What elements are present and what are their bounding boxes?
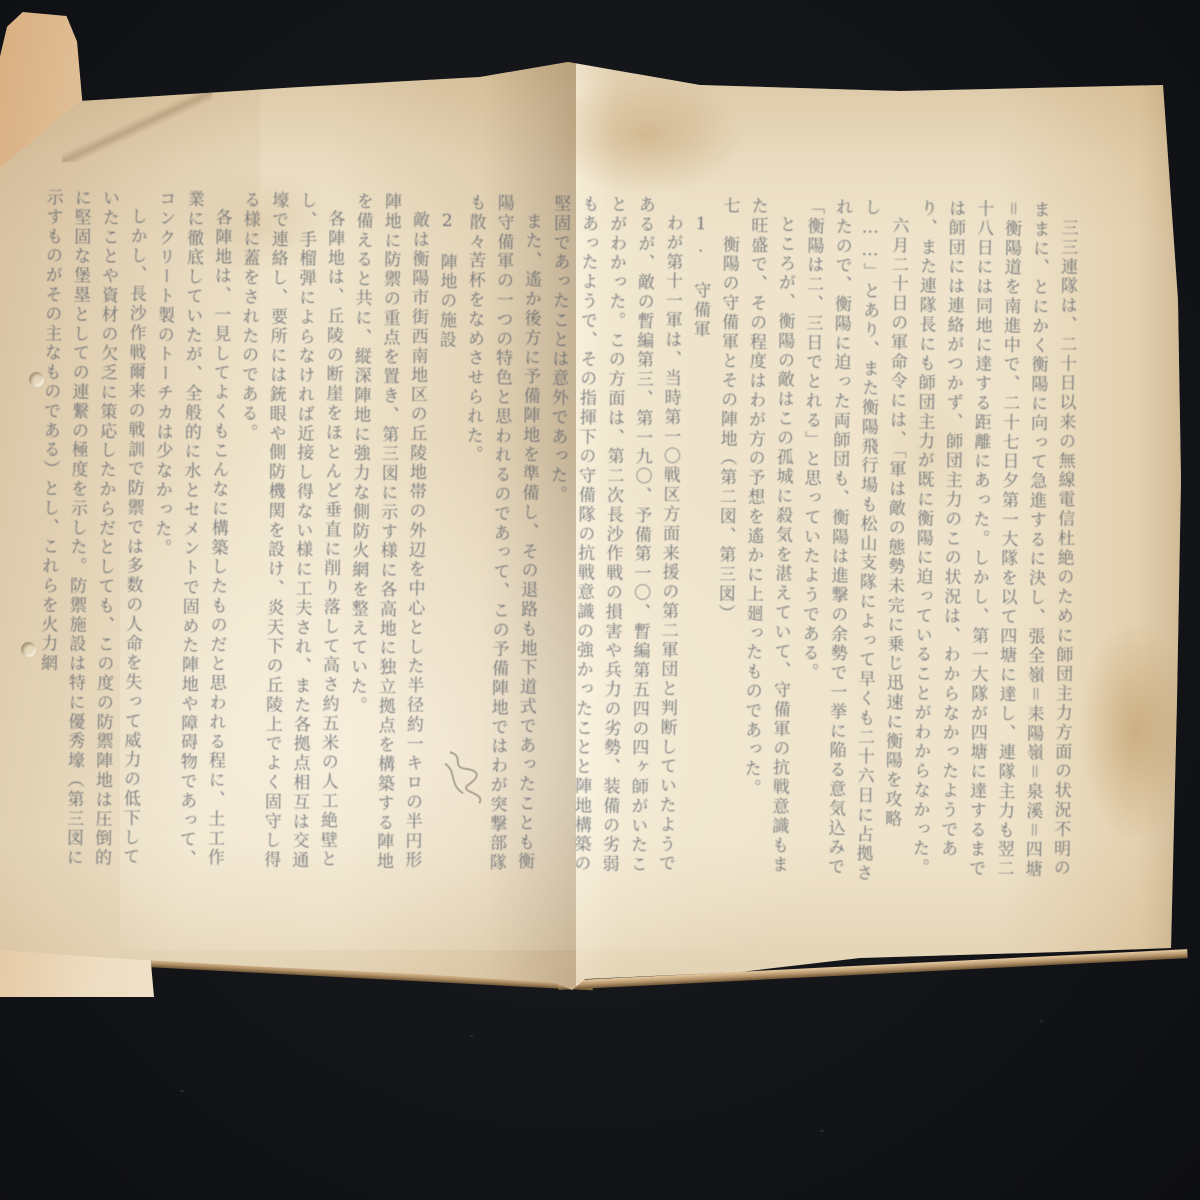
corner-crease [62,92,212,162]
paragraph: 三三連隊は、二十日以来の無線電信杜絶のために師団主力方面の状況不明のままに、とに… [904,199,1082,895]
document-page: 三三連隊は、二十日以来の無線電信杜絶のために師団主力方面の状況不明のままに、とに… [0,0,1200,1200]
photo-background: 三三連隊は、二十日以来の無線電信杜絶のために師団主力方面の状況不明のままに、とに… [0,0,1200,1200]
paragraph: 各陣地は、丘陵の断崖をほとんど垂直に削り落して高さ約五米の人工絶壁とし、手榴弾に… [227,191,348,886]
paragraph: 敵は衡陽市街西南地区の丘陵地帯の外辺を中心とした半径約一キロの半円形陣地に防禦の… [340,192,433,887]
dust-speck [820,1130,824,1132]
dust-speck [470,1035,473,1037]
paper-stain [1080,620,1190,840]
document-text-block: 三三連隊は、二十日以来の無線電信杜絶のために師団主力方面の状況不明のままに、とに… [84,189,1082,895]
paragraph: 六月二十日の軍命令には、「軍は敵の態勢未完に乗じ迅速に衡陽を攻略し……」とあり、… [791,197,912,892]
dust-speck [1040,1020,1043,1022]
paragraph: 各陣地は、一見してよくもこんなに構築したものだと思われる程に、土工作業に徹底して… [143,189,236,884]
paragraph: しかし、長沙作戦爾来の戦訓で防禦では多数の人命を失って威力の低下していたことや資… [30,188,151,883]
dust-speck [180,1090,184,1092]
paragraph: ところが、衡陽の敵はこの孤城に殺気を湛えていて、守備軍の抗戦意識もまた旺盛で、そ… [735,197,800,892]
paragraph: わが第十一軍は、当時第一〇戦区方面来援の第二軍団と判断していたようであるが、敵の… [538,194,687,890]
paper-stain [545,75,745,195]
